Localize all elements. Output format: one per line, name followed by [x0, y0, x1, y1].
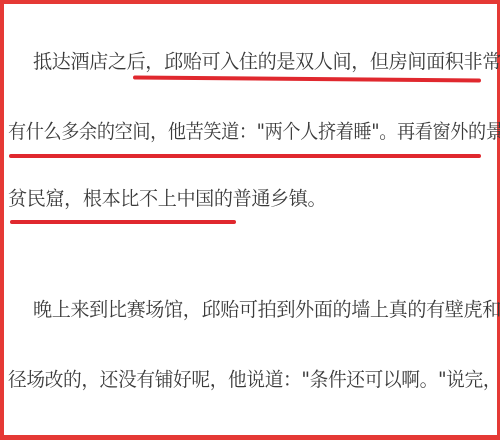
- paragraph-1-line-1: 抵达酒店之后，邱贻可入住的是双人间，但房间面积非常小，床挨着床，没: [33, 50, 500, 74]
- paragraph-2-line-1: 晚上来到比赛场馆，邱贻可拍到外面的墙上真的有壁虎和蛤蟆，这是室内田: [33, 298, 500, 322]
- highlight-underline-2: [9, 154, 481, 158]
- highlight-underline-3: [10, 220, 236, 224]
- paragraph-2-line-2: 径场改的，还没有铺好呢，他说道："条件还可以啊。"说完，自己都笑了。: [8, 368, 500, 392]
- paragraph-1-line-2: 有什么多余的空间，他苦笑道："两个人挤着睡"。再看窗外的景象，仿佛置身于: [8, 120, 500, 144]
- paragraph-1-line-3: 贫民窟，根本比不上中国的普通乡镇。: [8, 187, 326, 211]
